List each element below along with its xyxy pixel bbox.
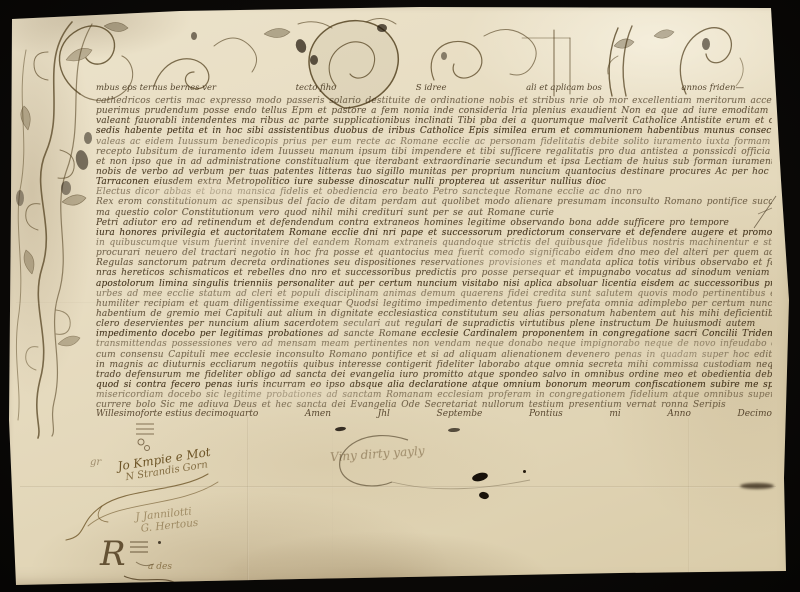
manuscript-text-line: nras hereticos schismaticos et rebelles …: [96, 268, 772, 278]
manuscript-text-line: Regulas sanctorum patrum decreta ordinat…: [96, 258, 772, 268]
manuscript-text-line: nobis de verbo ad verbum per tuas patent…: [96, 167, 772, 177]
dateline-word: Decimo: [738, 409, 772, 419]
manuscript-text-line: cathedricos certis mac expresso modo pas…: [96, 96, 772, 106]
manuscript-text-line: puerimus prudendum posse endo tellus Epm…: [96, 106, 772, 116]
header-fragment: S idree: [416, 83, 447, 93]
header-fragment: annos friden—: [681, 83, 744, 93]
signature-registrum-suffix: a des: [148, 562, 172, 572]
manuscript-text-line: valeant fauorabli intendentes ma ribus a…: [96, 116, 772, 126]
fold-line-vertical: [688, 418, 690, 573]
body-text: cathedricos certis mac expresso modo pas…: [96, 96, 772, 410]
manuscript-text-line: Tarraconen eiusdem extra Metropolitico i…: [96, 177, 772, 187]
dateline-word: Willesimoforte estius decimoquarto: [96, 409, 258, 419]
ink-speck: [523, 470, 526, 473]
dateline-word: Pontius: [529, 409, 563, 419]
header-text-fragments: mbus eps ternus bernes vertecto fihoS id…: [96, 83, 744, 93]
manuscript-text-line: apostolorum limina singulis trienniis pe…: [96, 279, 772, 289]
header-fragment: ali et aplicam bos: [526, 83, 602, 93]
manuscript-text-line: Petri adiutor ero ad retinendum et defen…: [96, 218, 772, 228]
manuscript-text-line: humiliter recipiam et quam diligentissim…: [96, 299, 772, 309]
ink-smudge: [740, 483, 774, 489]
manuscript-text-line: cum consensu Capituli mee ecclesie incon…: [96, 350, 772, 360]
manuscript-text-line: Electus dicor abbas et bona mansica fide…: [96, 187, 772, 197]
manuscript-text-line: et non ipso que in ad administratione co…: [96, 157, 772, 167]
manuscript-text-line: transmittendas possessiones vero ad mens…: [96, 339, 772, 349]
manuscript-text-line: habentium de gremio mei Capituli aut ali…: [96, 309, 772, 319]
dateline-row: Willesimoforte estius decimoquartoAmenJh…: [96, 409, 772, 419]
manuscript-text-line: quod si contra fecero penas iuris incurr…: [96, 380, 772, 390]
dateline-word: Jhl: [378, 409, 390, 419]
manuscript-text-line: procurari neuero del tractari negotio in…: [96, 248, 772, 258]
manuscript-text-line: sedis habente petita et in hoc sibi assi…: [96, 126, 772, 136]
manuscript-text-line: clero deservientes per nuncium alium sac…: [96, 319, 772, 329]
dateline-word: Septembe: [437, 409, 483, 419]
manuscript-text-line: in magnis ac diuturnis eccliarum negotii…: [96, 360, 772, 370]
signature-registrum-flourish: [122, 536, 232, 586]
manuscript-text-line: urbes ad mee ecclie statum ad cleri et p…: [96, 289, 772, 299]
manuscript-text-line: valeas ac eidem Iuussum benedicopis priu…: [96, 137, 772, 147]
dateline-word: Amen: [305, 409, 331, 419]
manuscript-text-line: Rex erom constitutionum ac spensibus del…: [96, 197, 772, 207]
parchment-document: mbus eps ternus bernes vertecto fihoS id…: [0, 0, 800, 592]
manuscript-text-line: trado defensurum me fideliter obligo ad …: [96, 370, 772, 380]
photo-backdrop: mbus eps ternus bernes vertecto fihoS id…: [0, 0, 800, 592]
margin-slash-mark: [748, 192, 784, 232]
manuscript-text-line: in quibuscumque visum fuerint invenire d…: [96, 238, 772, 248]
manuscript-text-line: misericordiam docebo sic legitime probat…: [96, 390, 772, 400]
manuscript-text-line: recepto Iubsitum de iuramento idem Iuuss…: [96, 147, 772, 157]
oval-pen-stroke: [330, 430, 540, 496]
manuscript-text-line: ma questio color Constitutionum vero quo…: [96, 208, 772, 218]
manuscript-text-line: iura honores privilegia et auctoritatem …: [96, 228, 772, 238]
header-fragment: mbus eps ternus bernes ver: [96, 83, 216, 93]
ink-speck: [158, 541, 161, 544]
manuscript-text-line: impedimento docebo per legitimas probati…: [96, 329, 772, 339]
dateline-word: Anno: [667, 409, 691, 419]
dateline-word: mi: [609, 409, 620, 419]
header-fragment: tecto fiho: [296, 83, 337, 93]
